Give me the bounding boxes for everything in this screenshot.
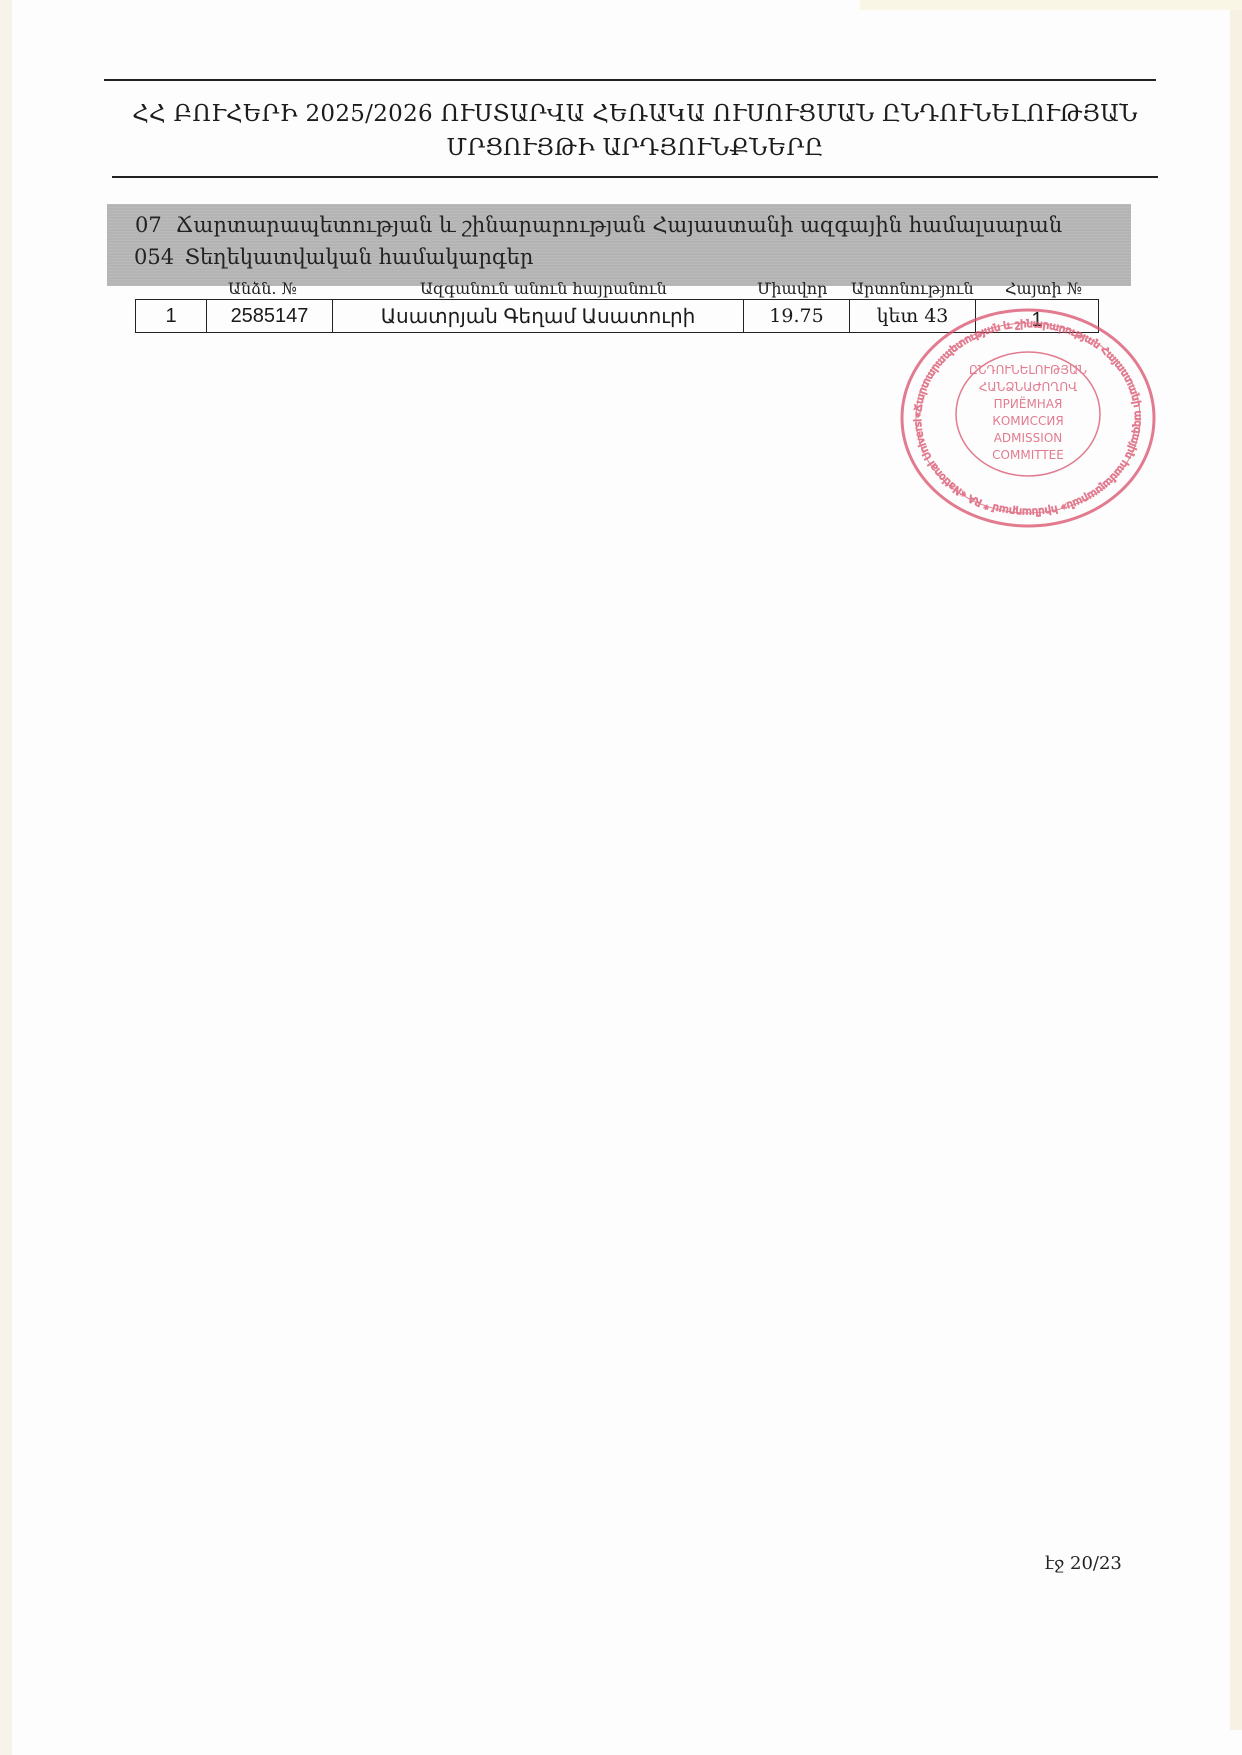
header-top-rule — [104, 79, 1156, 81]
column-header-privilege: Արտոնություն — [851, 279, 974, 298]
svg-text:ADMISSION: ADMISSION — [994, 431, 1063, 445]
column-header-application-no: Հայտի № — [1005, 279, 1082, 298]
document-title-line1: ՀՀ ԲՈՒՀԵՐԻ 2025/2026 ՈՒՍՏԱՐՎԱ ՀԵՌԱԿԱ ՈՒՍ… — [120, 97, 1150, 131]
cell-privilege: կետ 43 — [850, 300, 976, 333]
cell-score: 19.75 — [744, 300, 850, 333]
cell-full-name: Ասատրյան Գեղամ Ասատուրի — [333, 300, 744, 333]
cell-application-no: 1 — [976, 300, 1099, 333]
svg-text:КОМИССИЯ: КОМИССИЯ — [992, 414, 1063, 428]
institution-code: 07 — [135, 210, 169, 240]
column-header-name: Ազգանուն անուն հայրանուն — [420, 279, 667, 298]
column-header-score: Միավոր — [757, 279, 827, 298]
section-band: 07 Ճարտարապետության և շինարարության Հայա… — [107, 204, 1131, 286]
column-header-id: Անձն. № — [228, 279, 297, 298]
institution-line: 07 Ճարտարապետության և շինարարության Հայա… — [135, 210, 1062, 240]
cell-id: 2585147 — [207, 300, 333, 333]
page-number: էջ 20/23 — [1045, 1553, 1122, 1574]
document-title-line2: ՄՐՑՈՒՅԹԻ ԱՐԴՅՈՒՆՔՆԵՐԸ — [120, 131, 1150, 165]
header-bottom-rule — [112, 176, 1158, 178]
results-table: 1 2585147 Ասատրյան Գեղամ Ասատուրի 19.75 … — [135, 299, 1099, 333]
specialty-code: 054 — [134, 242, 178, 272]
svg-text:ПРИЁМНАЯ: ПРИЁМНАЯ — [994, 396, 1063, 411]
institution-name: Ճարտարապետության և շինարարության Հայաստա… — [176, 213, 1063, 237]
svg-text:ԸՆԴՈՒՆԵԼՈՒԹՅԱՆ: ԸՆԴՈՒՆԵԼՈՒԹՅԱՆ — [969, 363, 1087, 377]
scan-edge-left — [0, 0, 12, 1755]
svg-text:COMMITTEE: COMMITTEE — [992, 448, 1064, 462]
specialty-line: 054 Տեղեկատվական համակարգեր — [134, 242, 533, 272]
svg-text:ՀԱՆՁՆԱԺՈՂՈՎ: ՀԱՆՁՆԱԺՈՂՈՎ — [979, 380, 1077, 394]
specialty-name: Տեղեկատվական համակարգեր — [185, 245, 534, 269]
scan-edge-right — [1230, 0, 1242, 1730]
scan-edge-top — [860, 0, 1242, 10]
table-row: 1 2585147 Ասատրյան Գեղամ Ասատուրի 19.75 … — [136, 300, 1099, 333]
cell-index: 1 — [136, 300, 207, 333]
